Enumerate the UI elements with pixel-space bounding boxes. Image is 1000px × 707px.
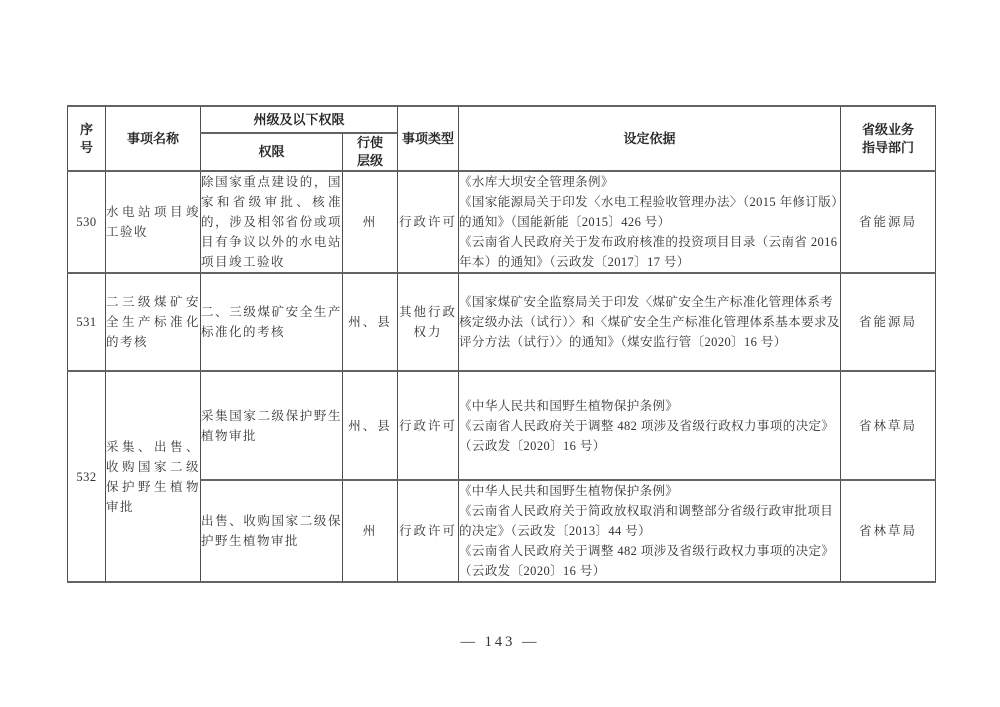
table-row: 530 水电站项目竣工验收 除国家重点建设的，国家和省级审批、核准的，涉及相邻省… <box>68 171 936 273</box>
cell-item-name: 水电站项目竣工验收 <box>106 171 201 273</box>
cell-guidance-dept: 省林草局 <box>841 480 936 582</box>
cell-authority: 出售、收购国家二级保护野生植物审批 <box>201 480 343 582</box>
cell-guidance-dept: 省林草局 <box>841 371 936 480</box>
cell-basis: 《国家煤矿安全监察局关于印发〈煤矿安全生产标准化管理体系考核定级办法（试行）〉和… <box>459 273 841 371</box>
cell-basis: 《水库大坝安全管理条例》 《国家能源局关于印发〈水电工程验收管理办法〉（2015… <box>459 171 841 273</box>
cell-authority: 采集国家二级保护野生植物审批 <box>201 371 343 480</box>
cell-authority: 二、三级煤矿安全生产标准化的考核 <box>201 273 343 371</box>
cell-exercise-level: 州 <box>343 171 398 273</box>
cell-guidance-dept: 省能源局 <box>841 171 936 273</box>
cell-guidance-dept: 省能源局 <box>841 273 936 371</box>
table-row: 532 采集、出售、收购国家二级保护野生植物审批 采集国家二级保护野生植物审批 … <box>68 371 936 480</box>
table-row: 531 二三级煤矿安全生产标准化的考核 二、三级煤矿安全生产标准化的考核 州、县… <box>68 273 936 371</box>
col-header-guidance-dept: 省级业务 指导部门 <box>841 106 936 171</box>
cell-item-type: 行政许可 <box>398 371 459 480</box>
page-number: — 143 — <box>0 634 1000 651</box>
cell-exercise-level: 州 <box>343 480 398 582</box>
col-header-item-type: 事项类型 <box>398 106 459 171</box>
cell-basis: 《中华人民共和国野生植物保护条例》 《云南省人民政府关于简政放权取消和调整部分省… <box>459 480 841 582</box>
cell-seq: 531 <box>68 273 106 371</box>
col-header-item-name: 事项名称 <box>106 106 201 171</box>
cell-exercise-level: 州、县 <box>343 371 398 480</box>
col-header-authority: 权限 <box>201 133 343 171</box>
col-header-prefecture-group: 州级及以下权限 <box>201 106 398 133</box>
col-header-seq: 序 号 <box>68 106 106 171</box>
cell-item-type: 行政许可 <box>398 480 459 582</box>
cell-basis: 《中华人民共和国野生植物保护条例》 《云南省人民政府关于调整 482 项涉及省级… <box>459 371 841 480</box>
col-header-exercise-level: 行使 层级 <box>343 133 398 171</box>
cell-item-name: 采集、出售、收购国家二级保护野生植物审批 <box>106 371 201 582</box>
cell-seq: 532 <box>68 371 106 582</box>
cell-authority: 除国家重点建设的，国家和省级审批、核准的，涉及相邻省份或项目有争议以外的水电站项… <box>201 171 343 273</box>
col-header-basis: 设定依据 <box>459 106 841 171</box>
table-header-row-1: 序 号 事项名称 州级及以下权限 事项类型 设定依据 省级业务 指导部门 <box>68 106 936 133</box>
cell-item-type: 行政许可 <box>398 171 459 273</box>
cell-item-name: 二三级煤矿安全生产标准化的考核 <box>106 273 201 371</box>
document-page: 序 号 事项名称 州级及以下权限 事项类型 设定依据 省级业务 指导部门 权限 … <box>0 0 1000 707</box>
cell-item-type: 其他行政权力 <box>398 273 459 371</box>
approval-items-table: 序 号 事项名称 州级及以下权限 事项类型 设定依据 省级业务 指导部门 权限 … <box>67 105 936 583</box>
cell-exercise-level: 州、县 <box>343 273 398 371</box>
cell-seq: 530 <box>68 171 106 273</box>
